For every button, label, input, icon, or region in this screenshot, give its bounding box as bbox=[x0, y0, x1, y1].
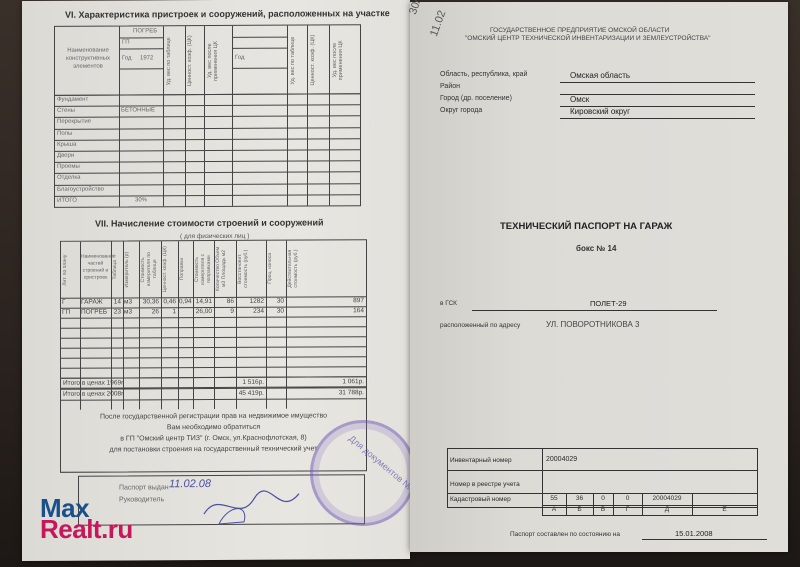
col1-name: ПОГРЕБ bbox=[133, 28, 157, 34]
cadastral-letter: Г bbox=[613, 506, 642, 513]
total-label: Итого в ценах 1969г. bbox=[63, 379, 213, 387]
cadastral-letter: Б bbox=[566, 506, 593, 513]
inventory-value: 20004029 bbox=[546, 456, 577, 463]
date-label: Паспорт составлен по состоянию на bbox=[510, 531, 620, 538]
section7-cell: м3 bbox=[124, 308, 137, 315]
right-page: 30/5520 11.02 ГОСУДАРСТВЕННОЕ ПРЕДПРИЯТИ… bbox=[410, 2, 788, 552]
section7-cell: 14,91 bbox=[194, 298, 212, 305]
section7-header: Лит. по плану bbox=[62, 245, 79, 295]
section7-header: Таблица bbox=[112, 244, 122, 294]
field-label: Область, республика, край bbox=[440, 71, 527, 78]
section7-header: Ценност. коэф. (ЦК) bbox=[162, 244, 177, 294]
section7-title: VII. Начисление стоимости строений и соо… bbox=[95, 217, 324, 228]
notice-line-1: После государственной регистрации прав н… bbox=[61, 410, 366, 423]
cadastral-letter: А bbox=[542, 506, 566, 513]
date-value: 15.01.2008 bbox=[675, 529, 713, 538]
section6-row-value: 30% bbox=[135, 197, 147, 203]
section7-header: Стоимость измерителя с поправками bbox=[194, 244, 213, 294]
gsk-value: ПОЛЕТ-29 bbox=[590, 299, 627, 308]
registry-table: Инвентарный номер 20004029 Номер в реест… bbox=[447, 448, 757, 515]
gsk-label: в ГСК bbox=[440, 300, 457, 307]
section7-cell: ГАРАЖ bbox=[81, 299, 109, 306]
section6-row-label: Отделка bbox=[57, 175, 80, 181]
col1-year: 1972 bbox=[140, 55, 153, 61]
total-restore: 1 516р. bbox=[211, 379, 264, 386]
section6-row-label: Благоустройство bbox=[57, 186, 104, 192]
vheader-1: Уд. вес по таблице bbox=[166, 32, 184, 90]
section7-cell: 1282 bbox=[237, 298, 264, 305]
cadastral-value: 55 bbox=[542, 495, 566, 502]
section6-row-label: Перекрытие bbox=[57, 119, 91, 125]
cadastral-label: Кадастровый номер bbox=[450, 496, 511, 503]
section6-row-value: БЕТОННЫЕ bbox=[121, 108, 155, 114]
field-value: Омск bbox=[570, 95, 589, 104]
total-restore: 45 419р. bbox=[211, 390, 264, 397]
inventory-label: Инвентарный номер bbox=[450, 457, 512, 464]
section7-cell: 23 bbox=[112, 308, 121, 315]
cadastral-value: 20004029 bbox=[642, 495, 692, 502]
vheader-4: Уд. вес по таблице bbox=[290, 32, 306, 90]
section7-header: Измеритель (р) bbox=[124, 244, 138, 294]
section6-table: Наименование конструктивных элементов ПО… bbox=[54, 24, 361, 208]
field-label: Район bbox=[440, 83, 460, 90]
cadastral-letter: Д bbox=[642, 506, 692, 513]
section7-cell: ПОГРЕБ bbox=[81, 309, 109, 316]
section7-cell: 0,46 bbox=[162, 298, 176, 305]
section7-cell: 30 bbox=[267, 298, 284, 305]
section7-cell: ГП bbox=[62, 309, 78, 316]
section6-row-label: Крыша bbox=[57, 142, 76, 148]
cadastral-value: 36 bbox=[566, 495, 593, 502]
note-line-2: 11.02 bbox=[428, 9, 448, 38]
field-value: Омская область bbox=[570, 71, 630, 80]
section7-cell: 86 bbox=[215, 298, 234, 305]
section7-cell: 0,94 bbox=[179, 298, 191, 305]
section7-cell: 30 bbox=[267, 308, 284, 315]
section7-cell: Г bbox=[62, 299, 78, 306]
cadastral-letter: В bbox=[593, 506, 613, 513]
section7-cell: 9 bbox=[215, 308, 234, 315]
cadastral-value: 0 bbox=[593, 495, 613, 502]
section7-table: Лит. по плануНаименование частей строени… bbox=[60, 239, 367, 473]
section6-row-label: Проемы bbox=[57, 164, 80, 170]
cadastral-letter: Е bbox=[692, 506, 757, 513]
section6-row-label: ИТОГО bbox=[57, 198, 77, 204]
section6-row-label: Полы bbox=[57, 130, 72, 136]
col1-year-label: Год bbox=[122, 55, 132, 61]
vheader-2: Ценност. коэф. (ЦК) bbox=[187, 32, 203, 90]
section6-row-label: Стены bbox=[57, 108, 75, 114]
total-label: Итого в ценах 2008г. bbox=[63, 390, 213, 398]
section7-header: Поправки bbox=[179, 244, 192, 294]
section7-cell: 897 bbox=[287, 297, 364, 304]
handwritten-note-2: 11.02 bbox=[428, 9, 448, 38]
section7-header: Стоимость измерителя по таблице bbox=[140, 244, 160, 294]
total-actual: 31 788р. bbox=[286, 389, 364, 396]
box-number: бокс № 14 bbox=[576, 244, 616, 253]
section6-row-label: Фундамент bbox=[57, 97, 88, 103]
section7-cell: 234 bbox=[237, 308, 264, 315]
handwritten-note: 30/5520 bbox=[407, 0, 432, 16]
section7-cell: 26 bbox=[140, 308, 159, 315]
section7-header: Восстановит. стоимость (руб.) bbox=[237, 244, 265, 294]
section7-header: Количество Объем м3 Площадь м2 bbox=[215, 244, 235, 294]
section7-cell: 26,00 bbox=[194, 308, 212, 315]
cadastral-value: 0 bbox=[613, 495, 642, 502]
section7-cell: 30,36 bbox=[140, 298, 159, 305]
section6-rows: ФундаментСтеныБЕТОННЫЕПерекрытиеПолыКрыш… bbox=[55, 25, 360, 27]
section7-cell: 14 bbox=[112, 298, 121, 305]
total-actual: 1 061р. bbox=[286, 378, 364, 385]
org-line-2: "ОМСКИЙ ЦЕНТР ТЕХНИЧЕСКОЙ ИНВЕНТАРИЗАЦИИ… bbox=[465, 35, 711, 42]
col1-code: ГП bbox=[122, 39, 130, 45]
section7-cell: м3 bbox=[124, 298, 137, 305]
section7-header: Действительная стоимость (руб.) bbox=[287, 243, 365, 293]
head-label: Руководитель bbox=[119, 496, 164, 503]
field-label: Город (др. поселение) bbox=[440, 95, 512, 102]
issued-label: Паспорт выдан bbox=[119, 484, 169, 491]
section6-row-label: Двери bbox=[57, 153, 74, 159]
section7-columns: Лит. по плануНаименование частей строени… bbox=[61, 240, 366, 242]
field-label: Округ города bbox=[440, 107, 482, 114]
section7-cell: 164 bbox=[287, 307, 364, 314]
vheader-6: Уд. вес после применения ЦК bbox=[332, 31, 358, 89]
org-line-1: ГОСУДАРСТВЕННОЕ ПРЕДПРИЯТИЕ ОМСКОЙ ОБЛАС… bbox=[490, 27, 669, 34]
note-line-1: 30/5520 bbox=[407, 0, 432, 16]
section7-cell: 1 bbox=[162, 308, 176, 315]
section7-header: Наименование частей строений и пристроек bbox=[81, 254, 110, 282]
address-value: УЛ. ПОВОРОТНИКОВА 3 bbox=[546, 320, 639, 329]
section6-header-label: Наименование конструктивных элементов bbox=[61, 47, 115, 71]
registry-label: Номер в реестре учета bbox=[450, 481, 520, 488]
address-label: расположенный по адресу bbox=[440, 322, 520, 329]
vheader-3: Уд. вес после применения ЦК bbox=[207, 32, 229, 90]
watermark-realt: Realt.ru bbox=[40, 514, 133, 545]
document-title: ТЕХНИЧЕСКИЙ ПАСПОРТ НА ГАРАЖ bbox=[500, 221, 672, 232]
col2-year-label: Год bbox=[235, 55, 245, 61]
section7-header: Проц. износа bbox=[267, 244, 285, 294]
field-value: Кировский округ bbox=[570, 107, 630, 116]
vheader-5: Ценност. коэф. (ЦК) bbox=[310, 31, 328, 89]
signature bbox=[199, 484, 309, 530]
section6-title: VI. Характеристика пристроек и сооружени… bbox=[65, 8, 390, 20]
